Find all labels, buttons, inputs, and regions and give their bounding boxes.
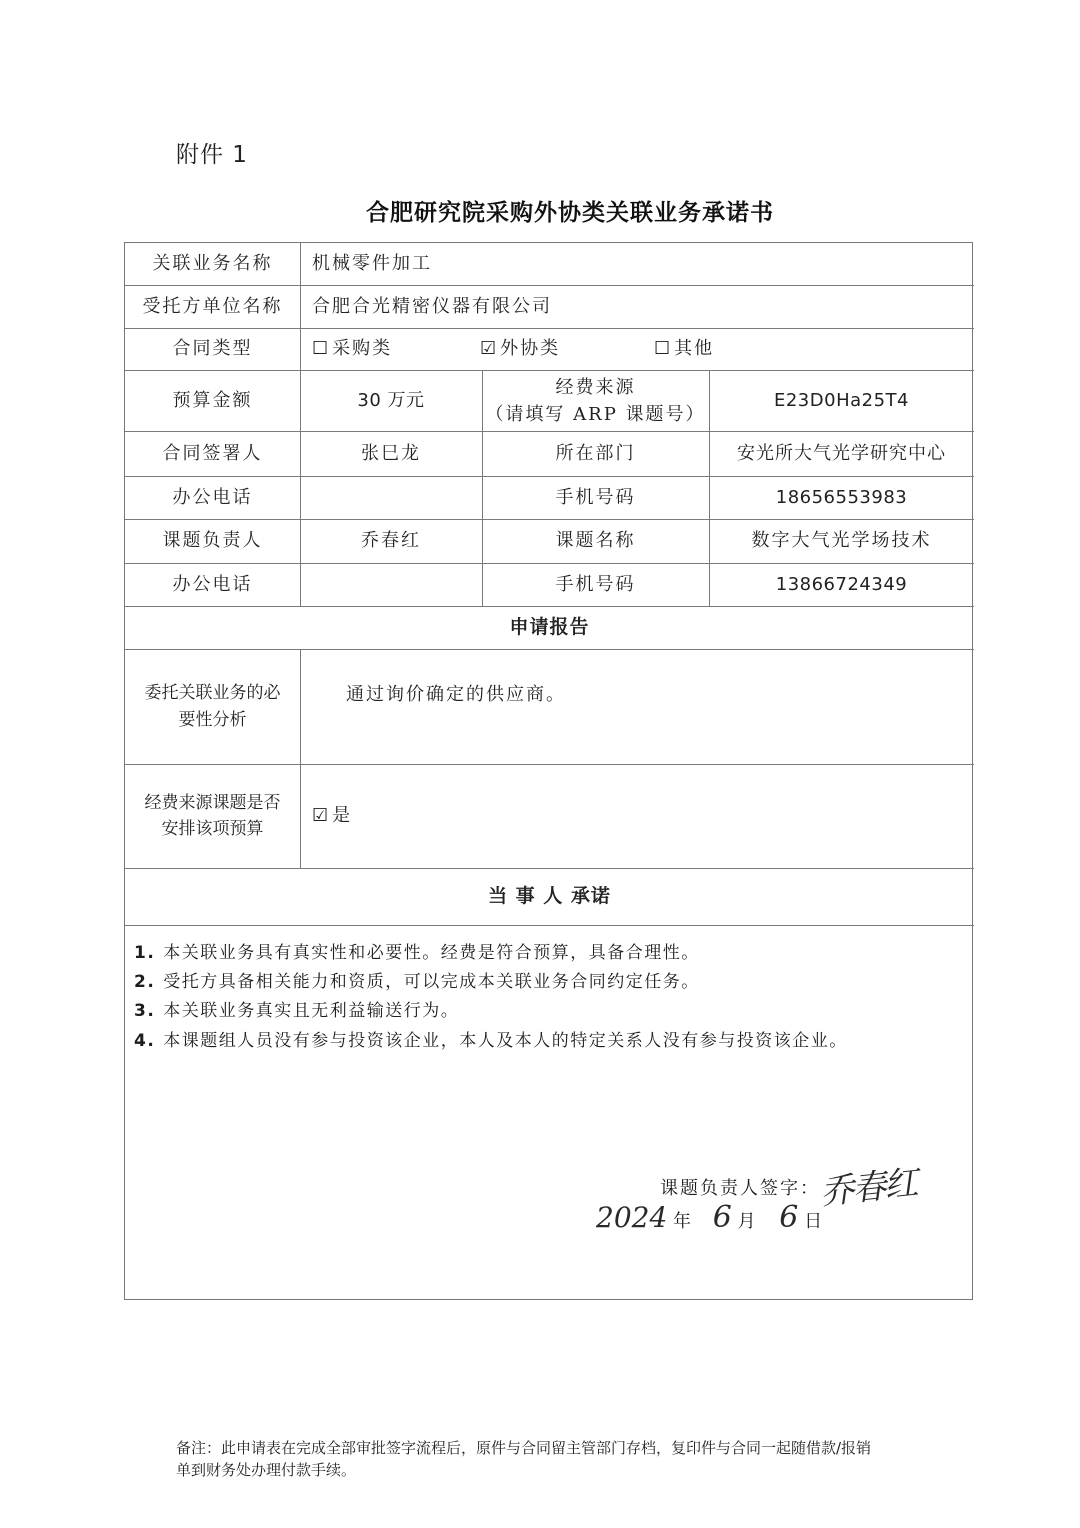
lead-office-phone-label: 办公电话 bbox=[125, 563, 300, 606]
necessity-value: 通过询价确定的供应商。 bbox=[300, 649, 974, 764]
footer-note: 备注：此申请表在完成全部审批签字流程后，原件与合同留主管部门存档，复印件与合同一… bbox=[176, 1437, 976, 1481]
unchecked-box-icon[interactable]: ☐ bbox=[312, 335, 330, 363]
department-label: 所在部门 bbox=[482, 431, 709, 476]
checked-box-icon[interactable]: ☑ bbox=[480, 335, 498, 363]
commitment-item: 1.本关联业务具有真实性和必要性。经费是符合预算，具备合理性。 bbox=[134, 938, 700, 963]
signer-office-phone-value bbox=[300, 476, 482, 519]
project-lead-label: 课题负责人 bbox=[125, 519, 300, 563]
attachment-label: 附件 1 bbox=[176, 136, 248, 169]
contractor-label: 受托方单位名称 bbox=[125, 285, 300, 328]
signature-date: 2024 年 6 月 6 日 bbox=[596, 1200, 822, 1235]
budget-arranged-label: 经费来源课题是否 安排该项预算 bbox=[125, 764, 300, 868]
signer-label: 合同签署人 bbox=[125, 431, 300, 476]
business-name-value: 机械零件加工 bbox=[300, 243, 974, 285]
signature-label: 课题负责人签字： bbox=[660, 1174, 820, 1200]
contract-type-options: ☐ 采购类 ☑ 外协类 ☐ 其他 bbox=[300, 328, 974, 370]
handwritten-signature: 乔春红 bbox=[818, 1155, 919, 1214]
budget-label: 预算金额 bbox=[125, 370, 300, 431]
budget-arranged-value: ☑ 是 bbox=[300, 764, 974, 868]
option-other[interactable]: ☐ 其他 bbox=[654, 328, 714, 370]
signer-mobile-value: 18656553983 bbox=[709, 476, 974, 519]
commitment-item: 3.本关联业务真实且无利益输送行为。 bbox=[134, 996, 459, 1021]
budget-value: 30 万元 bbox=[300, 370, 482, 431]
commitment-form-table: 关联业务名称 机械零件加工 受托方单位名称 合肥合光精密仪器有限公司 合同类型 … bbox=[124, 242, 973, 1300]
fund-source-label: 经费来源 （请填写 ARP 课题号） bbox=[482, 370, 709, 431]
option-procurement[interactable]: ☐ 采购类 bbox=[312, 328, 392, 370]
unchecked-box-icon[interactable]: ☐ bbox=[654, 335, 672, 363]
project-name-label: 课题名称 bbox=[482, 519, 709, 563]
signer-value: 张巳龙 bbox=[300, 431, 482, 476]
contractor-value: 合肥合光精密仪器有限公司 bbox=[300, 285, 974, 328]
checked-box-icon[interactable]: ☑ bbox=[312, 802, 330, 830]
lead-office-phone-value bbox=[300, 563, 482, 606]
fund-source-value: E23D0Ha25T4 bbox=[709, 370, 974, 431]
contract-type-label: 合同类型 bbox=[125, 328, 300, 370]
project-lead-value: 乔春红 bbox=[300, 519, 482, 563]
project-name-value: 数字大气光学场技术 bbox=[709, 519, 974, 563]
signer-office-phone-label: 办公电话 bbox=[125, 476, 300, 519]
lead-mobile-value: 13866724349 bbox=[709, 563, 974, 606]
document-title: 合肥研究院采购外协类关联业务承诺书 bbox=[0, 194, 1080, 227]
department-value: 安光所大气光学研究中心 bbox=[709, 431, 974, 476]
commitment-section-title: 当 事 人 承诺 bbox=[125, 868, 974, 925]
commitment-item: 4.本课题组人员没有参与投资该企业，本人及本人的特定关系人没有参与投资该企业。 bbox=[134, 1026, 848, 1051]
commitment-item: 2.受托方具备相关能力和资质，可以完成本关联业务合同约定任务。 bbox=[134, 967, 700, 992]
signer-mobile-label: 手机号码 bbox=[482, 476, 709, 519]
necessity-label: 委托关联业务的必 要性分析 bbox=[125, 649, 300, 764]
option-outsourcing[interactable]: ☑ 外协类 bbox=[480, 328, 560, 370]
business-name-label: 关联业务名称 bbox=[125, 243, 300, 285]
report-section-title: 申请报告 bbox=[125, 606, 974, 649]
lead-mobile-label: 手机号码 bbox=[482, 563, 709, 606]
